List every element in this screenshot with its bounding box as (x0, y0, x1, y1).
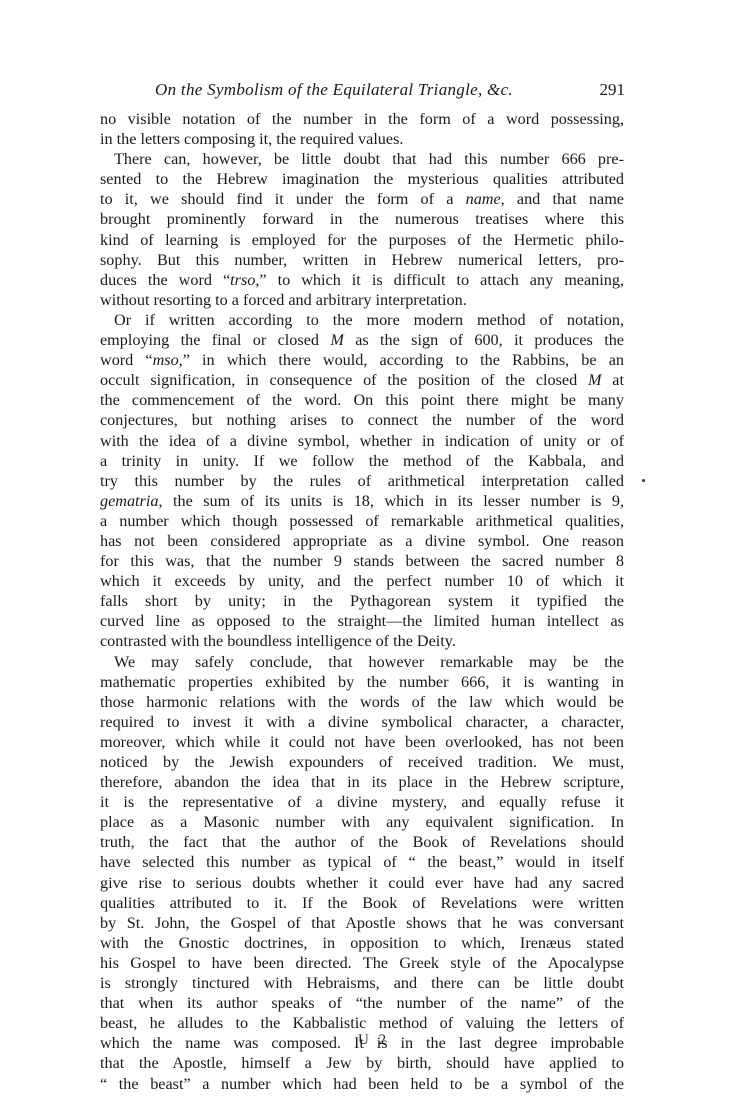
text-line: it is the representative of a divine mys… (100, 792, 624, 812)
text-line: that the Apostle, himself a Jew by birth… (100, 1053, 624, 1073)
text-line: We may safely conclude, that however rem… (100, 652, 624, 672)
text-line: occult signification, in consequence of … (100, 370, 624, 390)
text-line: brought prominently forward in the numer… (100, 209, 624, 229)
text-line: required to invest it with a divine symb… (100, 712, 624, 732)
text-line: kind of learning is employed for the pur… (100, 230, 624, 250)
text-line: beast, he alludes to the Kabbalistic met… (100, 1013, 624, 1033)
text-line: try this number by the rules of arithmet… (100, 471, 624, 491)
text-line: those harmonic relations with the words … (100, 692, 624, 712)
text-line: without resorting to a forced and arbitr… (100, 290, 624, 310)
text-line: with the Gnostic doctrines, in oppositio… (100, 933, 624, 953)
text-line: gematria, the sum of its units is 18, wh… (100, 491, 624, 511)
text-line: truth, the fact that the author of the B… (100, 832, 624, 852)
text-line: noticed by the Jewish expounders of rece… (100, 752, 624, 772)
text-line: word “mso,” in which there would, accord… (100, 350, 624, 370)
text-line: sophy. But this number, written in Hebre… (100, 250, 624, 270)
text-line: conjectures, but nothing arises to conne… (100, 410, 624, 430)
text-line: has not been considered appropriate as a… (100, 531, 624, 551)
text-line: that when its author speaks of “the numb… (100, 993, 624, 1013)
text-line: to it, we should find it under the form … (100, 189, 624, 209)
text-line: Or if written according to the more mode… (100, 310, 624, 330)
text-line: for this was, that the number 9 stands b… (100, 551, 624, 571)
running-header: On the Symbolism of the Equilateral Tria… (100, 80, 625, 102)
text-line: is strongly tinctured with Hebraisms, an… (100, 973, 624, 993)
text-line: curved line as opposed to the straight—t… (100, 611, 624, 631)
text-line: have selected this number as typical of … (100, 852, 624, 872)
running-title: On the Symbolism of the Equilateral Tria… (155, 80, 513, 100)
text-line: give rise to serious doubts whether it c… (100, 873, 624, 893)
margin-speck (642, 479, 645, 482)
text-line: There can, however, be little doubt that… (100, 149, 624, 169)
text-line: falls short by unity; in the Pythagorean… (100, 591, 624, 611)
text-line: a trinity in unity. If we follow the met… (100, 451, 624, 471)
page-number: 291 (600, 80, 626, 100)
text-line: qualities attributed to it. If the Book … (100, 893, 624, 913)
text-line: employing the final or closed M as the s… (100, 330, 624, 350)
text-line: which it exceeds by unity, and the perfe… (100, 571, 624, 591)
text-line: sented to the Hebrew imagination the mys… (100, 169, 624, 189)
text-line: moreover, which while it could not have … (100, 732, 624, 752)
signature-mark: U 2 (358, 1032, 389, 1049)
text-line: no visible notation of the number in the… (100, 109, 624, 129)
text-line: contrasted with the boundless intelligen… (100, 631, 624, 651)
document-page: On the Symbolism of the Equilateral Tria… (0, 0, 739, 1115)
text-line: place as a Masonic number with any equiv… (100, 812, 624, 832)
text-line: in the letters composing it, the require… (100, 129, 624, 149)
text-line: mathematic properties exhibited by the n… (100, 672, 624, 692)
text-line: “ the beast” a number which had been hel… (100, 1074, 624, 1094)
text-line: the commencement of the word. On this po… (100, 390, 624, 410)
text-line: with the idea of a divine symbol, whethe… (100, 431, 624, 451)
text-line: a number which though possessed of remar… (100, 511, 624, 531)
text-line: duces the word “trso,” to which it is di… (100, 270, 624, 290)
body-text: no visible notation of the number in the… (100, 109, 624, 1094)
text-line: therefore, abandon the idea that in its … (100, 772, 624, 792)
text-line: his Gospel to have been directed. The Gr… (100, 953, 624, 973)
text-line: by St. John, the Gospel of that Apostle … (100, 913, 624, 933)
